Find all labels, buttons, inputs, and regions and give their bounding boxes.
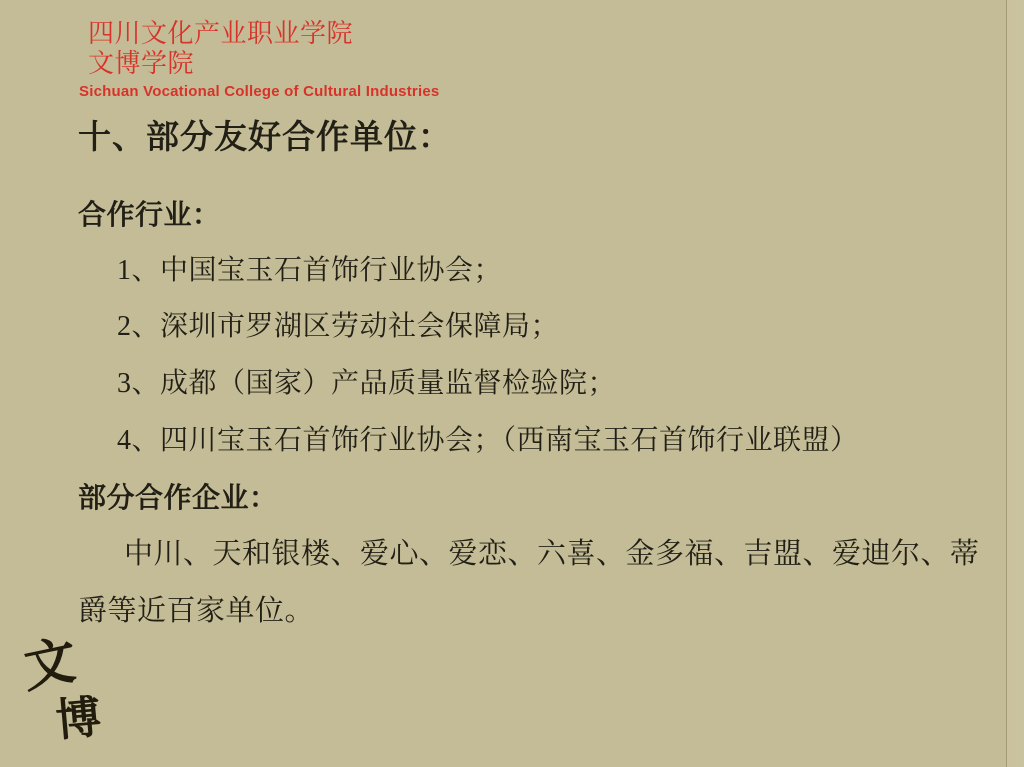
slide-title: 十、部分友好合作单位： — [78, 120, 452, 158]
list-item: 3、成都（国家）产品质量监督检验院； — [117, 368, 616, 400]
section-heading-enterprises: 部分合作企业： — [78, 483, 278, 515]
college-name-english: Sichuan Vocational College of Cultural I… — [79, 83, 439, 100]
enterprises-paragraph-line2: 爵等近百家单位。 — [78, 595, 314, 628]
list-item: 1、中国宝玉石首饰行业协会； — [117, 255, 502, 287]
wenbo-calligraphy-logo-char2: 博 — [54, 692, 103, 747]
list-item: 2、深圳市罗湖区劳动社会保障局； — [117, 311, 559, 343]
list-item: 4、四川宝玉石首饰行业协会；（西南宝玉石首饰行业联盟） — [117, 425, 859, 457]
right-edge-strip — [1007, 0, 1024, 767]
enterprises-paragraph-line1: 中川、天和银楼、爱心、爱恋、六喜、金多福、吉盟、爱迪尔、蒂 — [124, 538, 980, 571]
section-heading-industries: 合作行业： — [78, 200, 221, 232]
college-name-line1: 四川文化产业职业学院 — [88, 19, 353, 49]
wenbo-calligraphy-logo-char1: 文 — [21, 631, 78, 702]
presentation-slide: 四川文化产业职业学院 文博学院 Sichuan Vocational Colle… — [0, 0, 1024, 767]
college-name-line2: 文博学院 — [88, 49, 194, 79]
